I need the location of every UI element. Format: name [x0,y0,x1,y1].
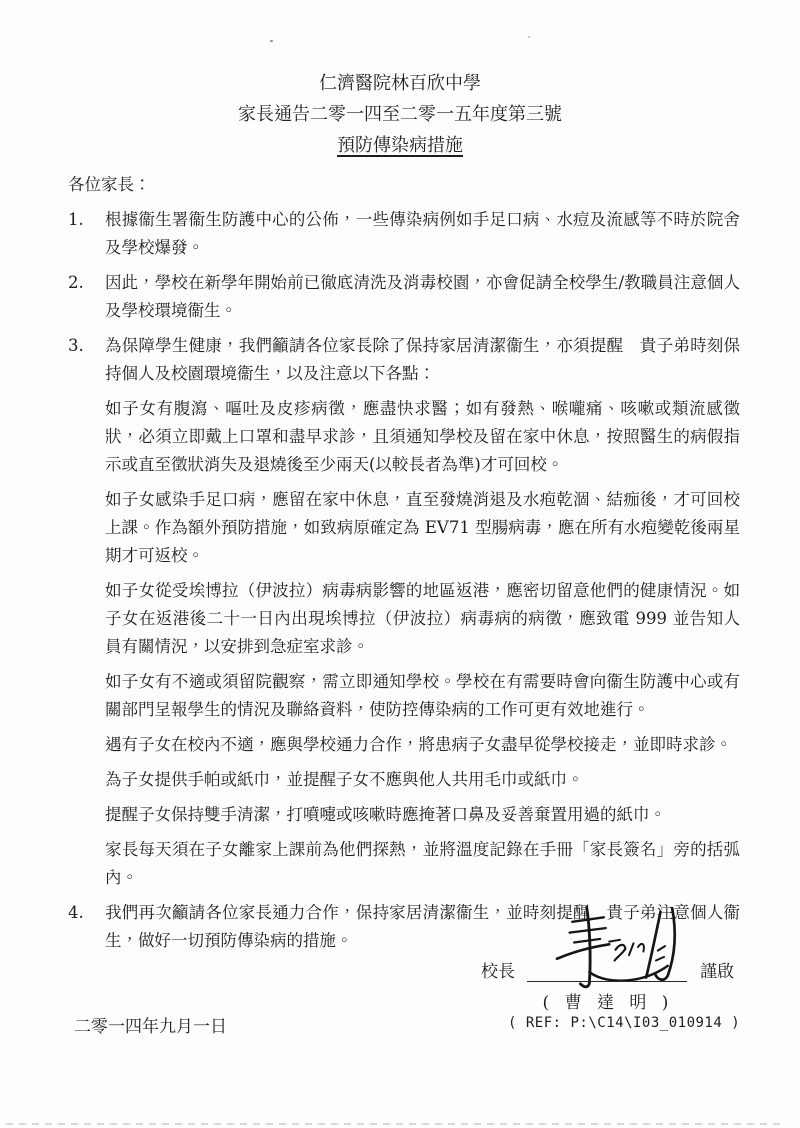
item-number: 4. [68,899,105,955]
subpara-tissues: 為子女提供手帕或紙巾，並提醒子女不應與他人共用毛巾或紙巾。 [105,766,740,794]
scan-speck [270,40,273,42]
salutation: 各位家長： [68,171,740,199]
notice-subject: 預防傳染病措施 [337,130,463,161]
item-text: 根據衞生署衞生防護中心的公佈，一些傳染病例如手足口病、水痘及流感等不時於院舍及學… [105,206,740,262]
item-number: 1. [68,206,105,262]
subpara-hand-hygiene: 提醒子女保持雙手清潔，打噴嚏或咳嗽時應掩著口鼻及妥善棄置用過的紙巾。 [105,801,740,829]
reference-code: ( REF: P:\C14\I03_010914 ) [508,1015,740,1031]
signature-line [527,958,687,982]
scanned-notice-page: 仁濟醫院林百欣中學 家長通告二零一四至二零一五年度第三號 預防傳染病措施 各位家… [0,0,800,1128]
school-name: 仁濟醫院林百欣中學 [0,68,800,99]
scan-speck [528,36,530,38]
subpara-temperature-record: 家長每天須在子女離家上課前為他們探熱，並將溫度記錄在手冊「家長簽名」旁的括弧內。 [105,836,740,892]
item-text: 為保障學生健康，我們籲請各位家長除了保持家居清潔衞生，亦須提醒 貴子弟時刻保持個… [105,332,740,388]
item-text: 因此，學校在新學年開始前已徹底清洗及消毒校園，亦會促請全校學生/教職員注意個人及… [105,269,740,325]
subpara-notify-school: 如子女有不適或須留院觀察，需立即通知學校。學校在有需要時會向衞生防護中心或有關部… [105,668,740,724]
scan-edge-artifact [6,1123,786,1125]
notice-date: 二零一四年九月一日 [74,1012,227,1037]
notice-number: 家長通告二零一四至二零一五年度第三號 [0,99,800,130]
list-item-1: 1. 根據衞生署衞生防護中心的公佈，一些傳染病例如手足口病、水痘及流感等不時於院… [68,206,740,262]
principal-name: ( 曹 達 明 ) [520,988,696,1013]
subpara-pickup-sick-child: 遇有子女在校內不適，應與學校通力合作，將患病子女盡早從學校接走，並即時求診。 [105,731,740,759]
list-item-3: 3. 為保障學生健康，我們籲請各位家長除了保持家居清潔衞生，亦須提醒 貴子弟時刻… [68,332,740,388]
subpara-ebola: 如子女從受埃博拉（伊波拉）病毒病影響的地區返港，應密切留意他們的健康情況。如子女… [105,577,740,661]
list-item-2: 2. 因此，學校在新學年開始前已徹底清洗及消毒校園，亦會促請全校學生/教職員注意… [68,269,740,325]
item-number: 2. [68,269,105,325]
item-number: 3. [68,332,105,388]
subpara-hand-foot-mouth: 如子女感染手足口病，應留在家中休息，直至發燒消退及水疱乾涸、結痂後，才可回校上課… [105,486,740,570]
closing-label: 謹啟 [700,960,734,984]
principal-label: 校長 [481,960,515,984]
subpara-symptoms-seek-doctor: 如子女有腹瀉、嘔吐及皮疹病徵，應盡快求醫；如有發熱、喉嚨痛、咳嗽或類流感徵狀，必… [105,395,740,479]
notice-header: 仁濟醫院林百欣中學 家長通告二零一四至二零一五年度第三號 預防傳染病措施 [0,0,800,161]
